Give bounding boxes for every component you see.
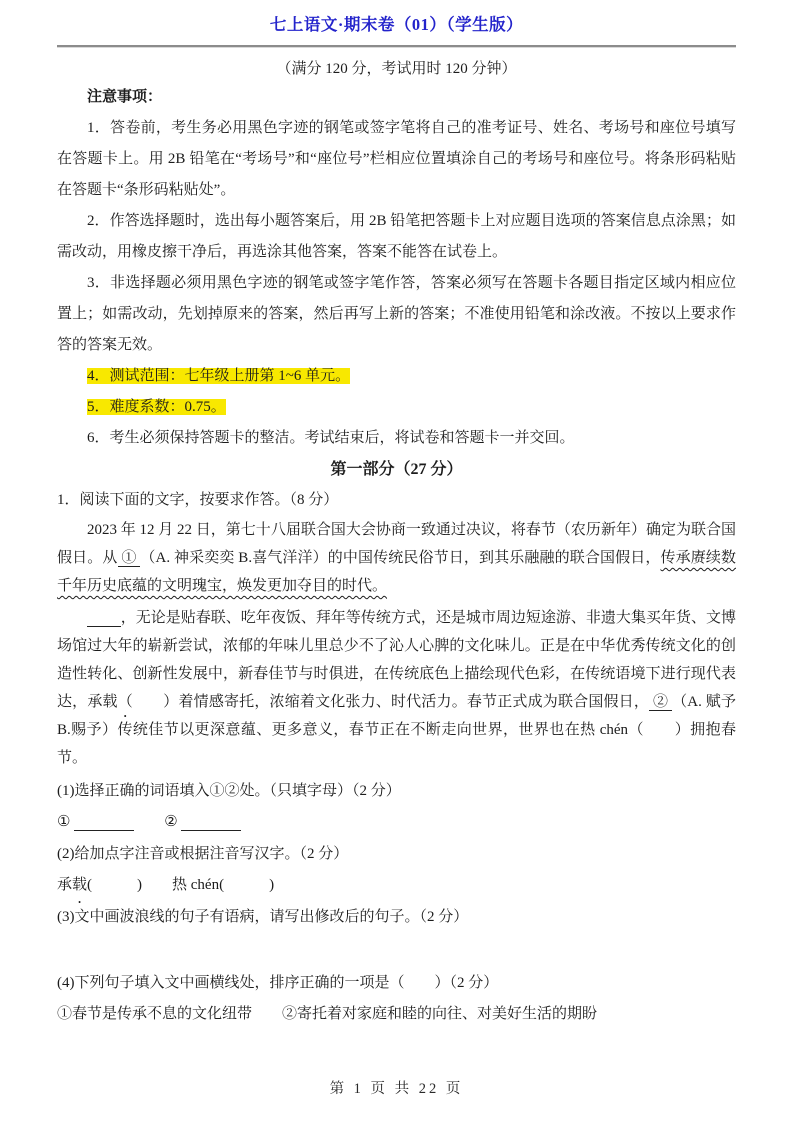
notice-item-3: 3．非选择题必须用黑色字迹的钢笔或签字笔作答，答案必须写在答题卡各题目指定区域内…	[57, 268, 736, 361]
notice-item-1: 1．答卷前，考生务必用黑色字迹的钢笔或签字笔将自己的准考证号、姓名、考场号和座位…	[57, 113, 736, 206]
exam-info-line: （满分 120 分，考试用时 120 分钟）	[57, 57, 736, 82]
notice-section: 注意事项： 1．答卷前，考生务必用黑色字迹的钢笔或签字笔将自己的准考证号、姓名、…	[57, 82, 736, 454]
passage-paragraph-2: ，无论是贴春联、吃年夜饭、拜年等传统方式，还是城市周边短途游、非遗大集买年货、文…	[57, 604, 736, 772]
reading-passage: 2023 年 12 月 22 日，第七十八届联合国大会协商一致通过决议，将春节（…	[57, 516, 736, 776]
page-title: 七上语文·期末卷（01）（学生版）	[57, 12, 736, 38]
header-divider	[57, 45, 736, 48]
ordering-options-row: ①春节是传承不息的文化纽带 ②寄托着对家庭和睦的向往、对美好生活的期盼	[57, 998, 736, 1031]
footer-page-number: 第 1 页 共 22 页	[57, 1077, 736, 1098]
subquestion-2: (2)给加点字注音或根据注音写汉字。（2 分）	[57, 839, 736, 869]
question-1-stem: 1．阅读下面的文字，按要求作答。（8 分）	[57, 485, 736, 516]
notice-item-2: 2．作答选择题时，选出每小题答案后，用 2B 铅笔把答题卡上对应题目选项的答案信…	[57, 206, 736, 268]
highlighted-text: 4．测试范围：七年级上册第 1~6 单元。	[87, 368, 350, 384]
notice-item-5: 5．难度系数：0.75。	[57, 392, 736, 423]
notice-item-4: 4．测试范围：七年级上册第 1~6 单元。	[57, 361, 736, 392]
subquestion-3: (3)文中画波浪线的句子有语病，请写出修改后的句子。（2 分）	[57, 902, 736, 932]
subquestion-4: (4)下列句子填入文中画横线处，排序正确的一项是（ ）（2 分）	[57, 968, 736, 998]
pinyin-answer-row: 承载( ) 热 chén( )	[57, 869, 736, 902]
highlighted-text: 5．难度系数：0.75。	[87, 399, 226, 415]
exam-page: 七上语文·期末卷（01）（学生版） （满分 120 分，考试用时 120 分钟）…	[0, 0, 793, 1122]
notice-heading: 注意事项：	[57, 82, 736, 113]
subquestion-1: (1)选择正确的词语填入①②处。（只填字母）（2 分）	[57, 776, 736, 806]
answer-blanks-row: ① ②	[57, 806, 736, 839]
notice-item-6: 6．考生必须保持答题卡的整洁。考试结束后，将试卷和答题卡一并交回。	[57, 423, 736, 454]
section-title: 第一部分（27 分）	[57, 454, 736, 485]
passage-paragraph-1: 2023 年 12 月 22 日，第七十八届联合国大会协商一致通过决议，将春节（…	[57, 516, 736, 600]
answer-writing-space	[57, 932, 736, 968]
